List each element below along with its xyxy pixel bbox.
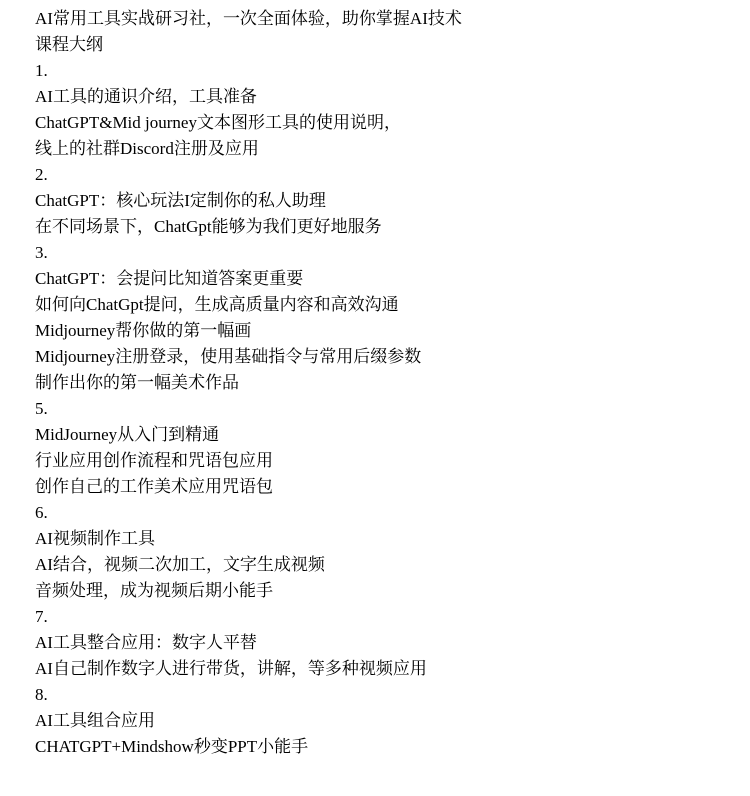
section-8-line: CHATGPT+Mindshow秒变PPT小能手 <box>35 734 730 760</box>
section-7-line: AI工具整合应用：数字人平替 <box>35 630 730 656</box>
section-2: 2. ChatGPT：核心玩法I定制你的私人助理 在不同场景下，ChatGpt能… <box>35 162 730 240</box>
section-6-line: 音频处理，成为视频后期小能手 <box>35 578 730 604</box>
section-4-unnumbered: Midjourney帮你做的第一幅画 Midjourney注册登录，使用基础指令… <box>35 318 730 396</box>
section-5-line: 创作自己的工作美术应用咒语包 <box>35 474 730 500</box>
section-1-line: AI工具的通识介绍，工具准备 <box>35 84 730 110</box>
document-page: AI常用工具实战研习社，一次全面体验，助你掌握AI技术 课程大纲 1. AI工具… <box>0 0 750 796</box>
section-5-line: 行业应用创作流程和咒语包应用 <box>35 448 730 474</box>
section-6-line: AI结合，视频二次加工，文字生成视频 <box>35 552 730 578</box>
section-5: 5. MidJourney从入门到精通 行业应用创作流程和咒语包应用 创作自己的… <box>35 396 730 500</box>
section-1: 1. AI工具的通识介绍，工具准备 ChatGPT&Mid journey文本图… <box>35 58 730 162</box>
section-5-line: MidJourney从入门到精通 <box>35 422 730 448</box>
section-4-line: Midjourney帮你做的第一幅画 <box>35 318 730 344</box>
section-8-number: 8. <box>35 682 730 708</box>
section-1-number: 1. <box>35 58 730 84</box>
section-2-number: 2. <box>35 162 730 188</box>
section-3: 3. ChatGPT：会提问比知道答案更重要 如何向ChatGpt提问，生成高质… <box>35 240 730 318</box>
section-2-line: ChatGPT：核心玩法I定制你的私人助理 <box>35 188 730 214</box>
section-5-number: 5. <box>35 396 730 422</box>
section-7-line: AI自己制作数字人进行带货，讲解，等多种视频应用 <box>35 656 730 682</box>
section-8: 8. AI工具组合应用 CHATGPT+Mindshow秒变PPT小能手 <box>35 682 730 760</box>
section-3-line: ChatGPT：会提问比知道答案更重要 <box>35 266 730 292</box>
section-3-line: 如何向ChatGpt提问，生成高质量内容和高效沟通 <box>35 292 730 318</box>
course-title: AI常用工具实战研习社，一次全面体验，助你掌握AI技术 <box>35 6 730 32</box>
section-1-line: ChatGPT&Mid journey文本图形工具的使用说明， <box>35 110 730 136</box>
section-8-line: AI工具组合应用 <box>35 708 730 734</box>
section-7: 7. AI工具整合应用：数字人平替 AI自己制作数字人进行带货，讲解，等多种视频… <box>35 604 730 682</box>
section-4-line: Midjourney注册登录，使用基础指令与常用后缀参数 <box>35 344 730 370</box>
section-3-number: 3. <box>35 240 730 266</box>
outline-heading: 课程大纲 <box>35 32 730 58</box>
section-1-line: 线上的社群Discord注册及应用 <box>35 136 730 162</box>
section-6-line: AI视频制作工具 <box>35 526 730 552</box>
section-2-line: 在不同场景下，ChatGpt能够为我们更好地服务 <box>35 214 730 240</box>
section-6: 6. AI视频制作工具 AI结合，视频二次加工，文字生成视频 音频处理，成为视频… <box>35 500 730 604</box>
section-7-number: 7. <box>35 604 730 630</box>
section-6-number: 6. <box>35 500 730 526</box>
section-4-line: 制作出你的第一幅美术作品 <box>35 370 730 396</box>
